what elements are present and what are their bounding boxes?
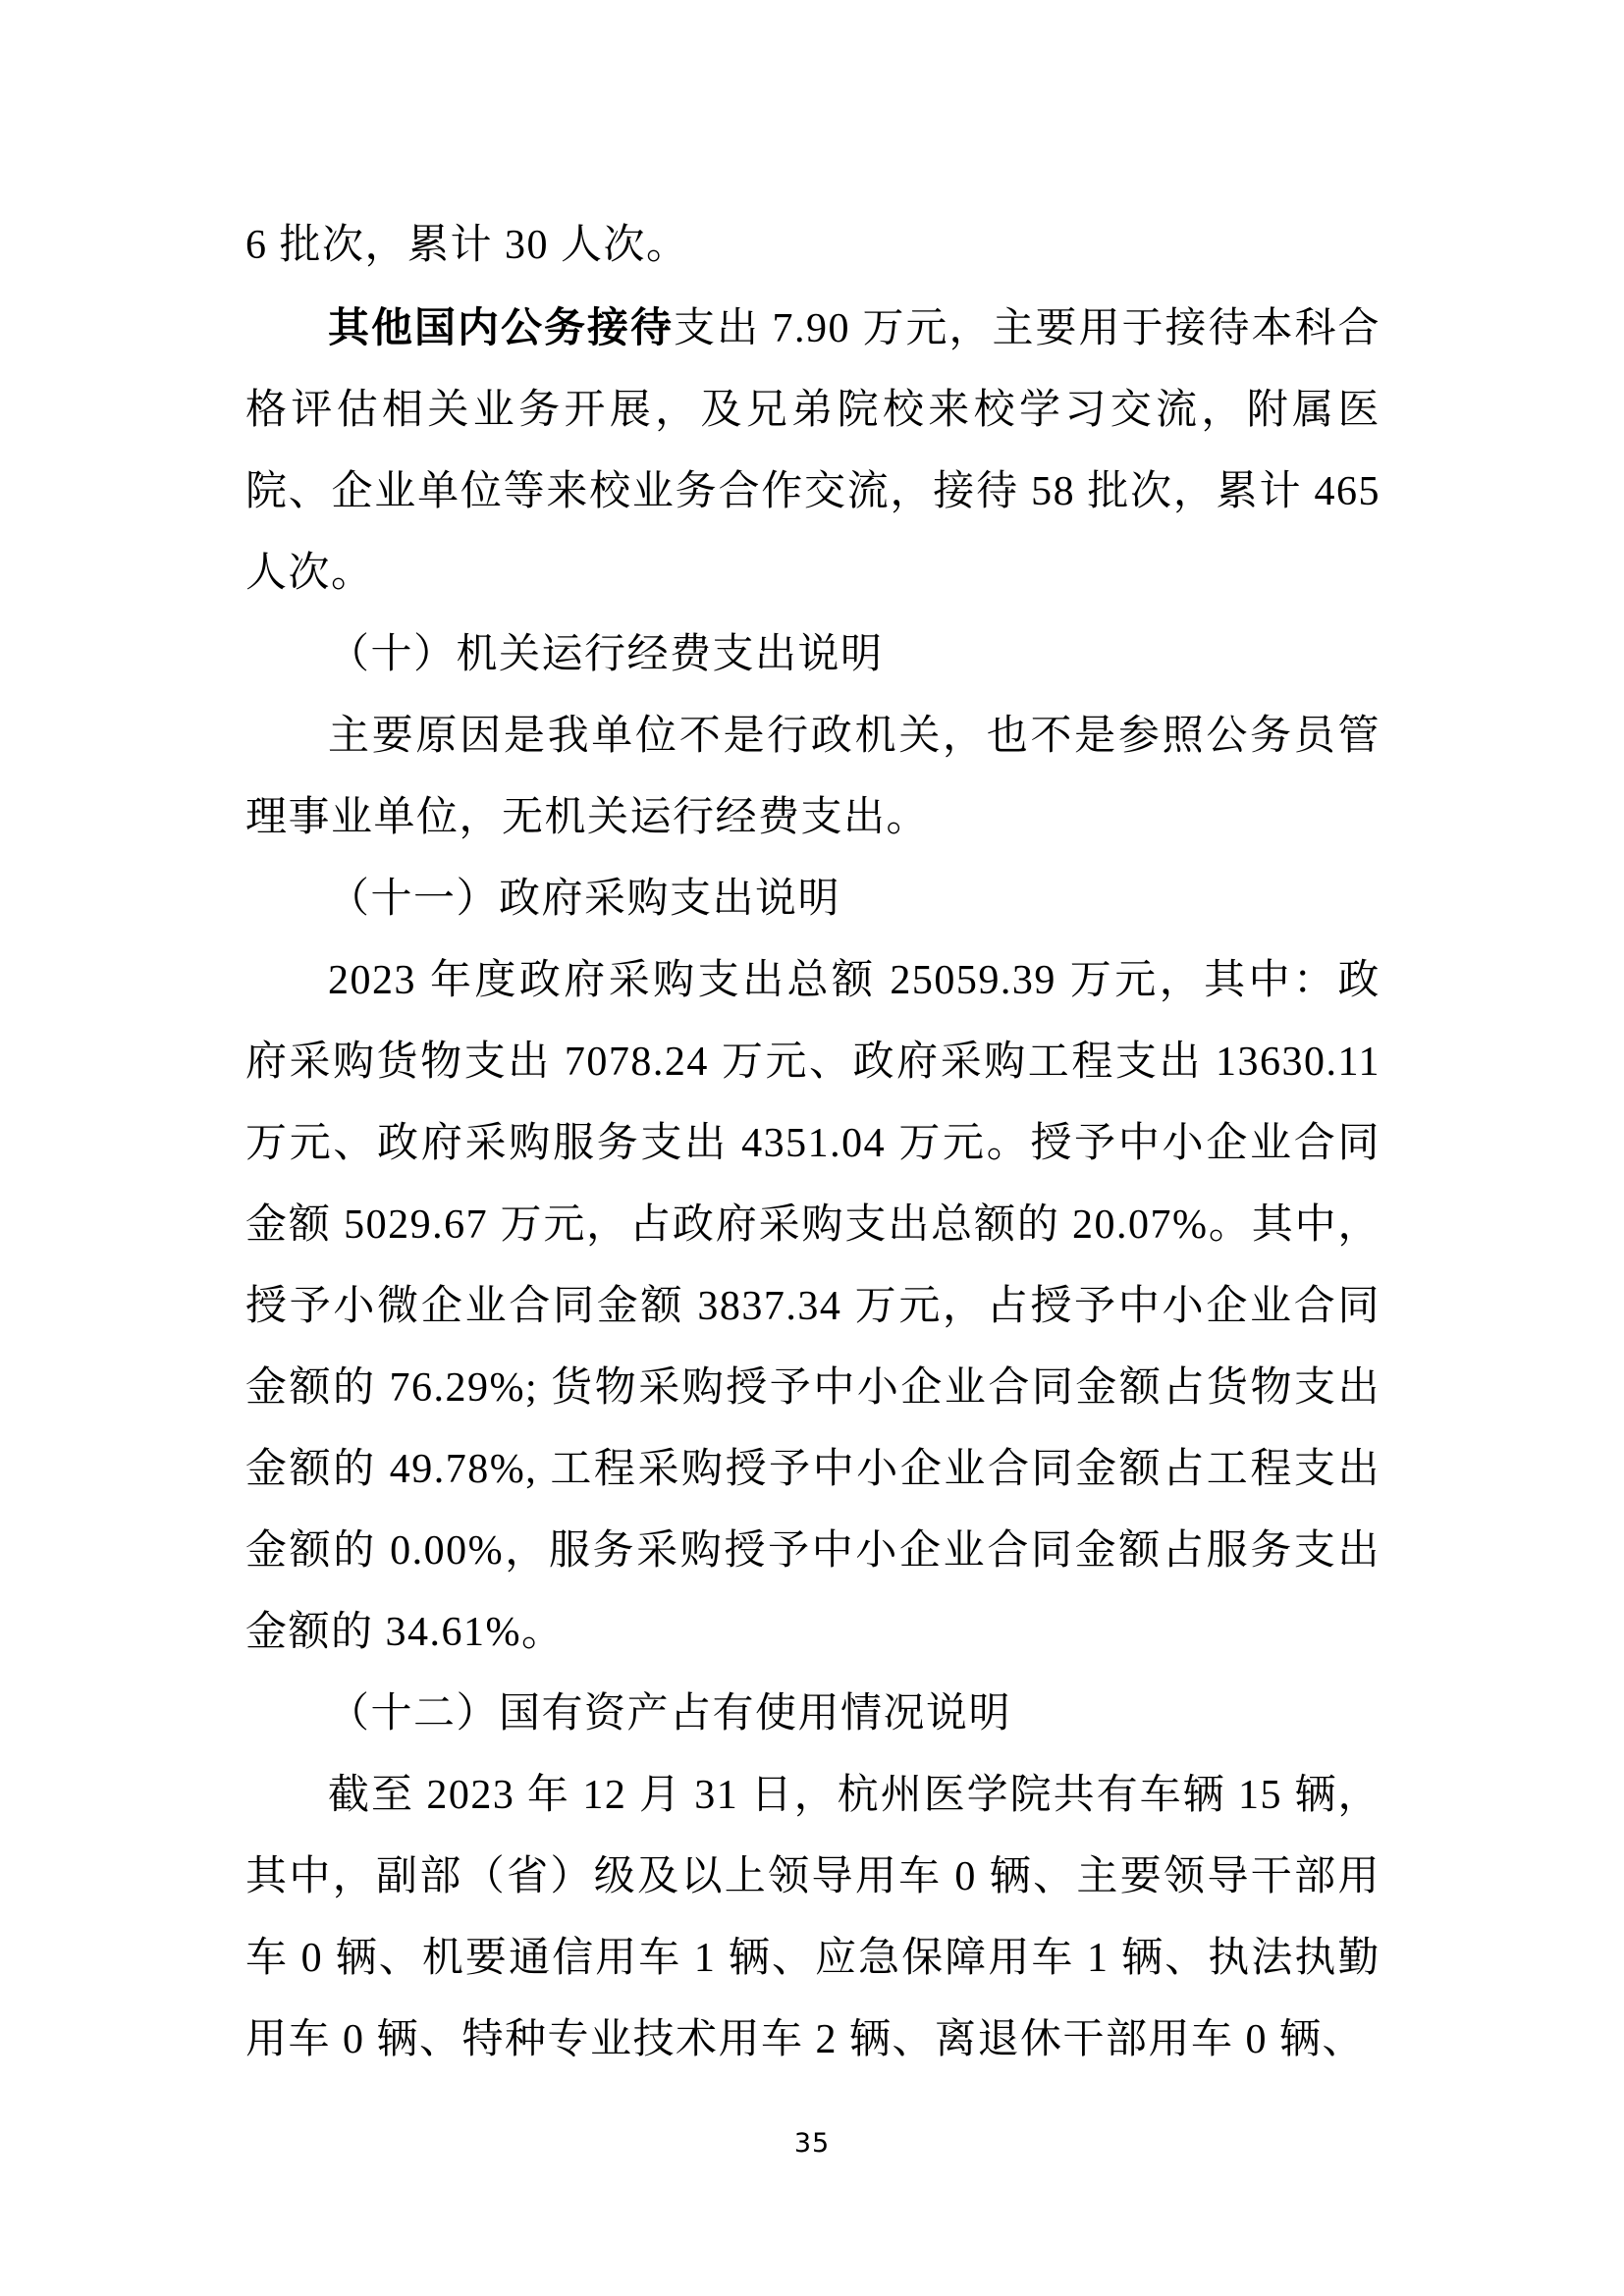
paragraph-vehicle-assets-details: 截至 2023 年 12 月 31 日，杭州医学院共有车辆 15 辆，其中，副部…	[245, 1755, 1380, 2081]
document-content: 6 批次，累计 30 人次。 其他国内公务接待支出 7.90 万元，主要用于接待…	[245, 205, 1380, 2081]
document-page: 6 批次，累计 30 人次。 其他国内公务接待支出 7.90 万元，主要用于接待…	[0, 0, 1624, 2296]
page-number: 35	[0, 2128, 1624, 2159]
paragraph-government-procurement-details: 2023 年度政府采购支出总额 25059.39 万元，其中：政府采购货物支出 …	[245, 940, 1380, 1674]
paragraph-agency-operating-expense-explanation: 主要原因是我单位不是行政机关，也不是参照公务员管理事业单位，无机关运行经费支出。	[245, 696, 1380, 859]
paragraph-continuation-batches: 6 批次，累计 30 人次。	[245, 205, 1380, 287]
bold-lead-other-domestic-reception: 其他国内公务接待	[328, 304, 674, 350]
paragraph-other-domestic-reception: 其他国内公务接待支出 7.90 万元，主要用于接待本科合格评估相关业务开展，及兄…	[245, 287, 1380, 614]
section-heading-ten-agency-operating-expense: （十）机关运行经费支出说明	[245, 614, 1380, 696]
section-heading-eleven-government-procurement: （十一）政府采购支出说明	[245, 859, 1380, 940]
section-heading-twelve-state-owned-assets: （十二）国有资产占有使用情况说明	[245, 1674, 1380, 1755]
